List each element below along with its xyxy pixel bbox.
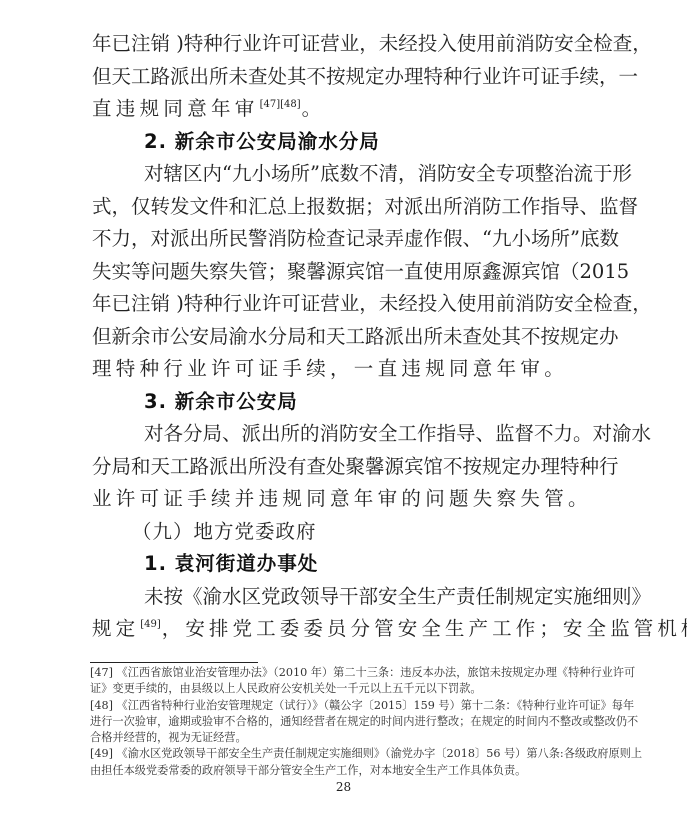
paragraph-text: 规定 (92, 617, 139, 640)
footnote-48-line: 进行一次验审，逾期或验审不合格的，通知经营者在规定的时间内进行整改；在规定的时间… (90, 714, 608, 730)
section-heading: 2. 新余市公安局渝水分局 (92, 126, 608, 159)
paragraph-line: 式，仅转发文件和汇总上报数据；对派出所消防工作指导、监督 (92, 191, 608, 224)
footnote-48-line: [48] 《江西省特种行业治安管理规定（试行）》（赣公字〔2015〕159 号）… (90, 698, 608, 714)
paragraph-line: 分局和天工路派出所没有查处聚馨源宾馆不按规定办理特种行 (92, 451, 608, 484)
paragraph-line: 业许可证手续并违规同意年审的问题失察失管。 (92, 483, 608, 516)
paragraph-line: 失实等问题失察失管；聚馨源宾馆一直使用原鑫源宾馆（2015 (92, 256, 608, 289)
document-page: 年已注销 )特种行业许可证营业，未经投入使用前消防安全检查， 但天工路派出所未查… (0, 0, 687, 826)
footnote-47-line: 证》变更手续的，由县级以上人民政府公安机关处一千元以上五千元以下罚款。 (90, 681, 608, 697)
footnote-separator (90, 662, 258, 663)
body-text: 年已注销 )特种行业许可证营业，未经投入使用前消防安全检查， 但天工路派出所未查… (92, 28, 608, 646)
paragraph-end-punctuation: 。 (302, 97, 326, 120)
section-heading: 3. 新余市公安局 (92, 386, 608, 419)
subsection-heading: 1. 袁河街道办事处 (92, 548, 608, 581)
footnote-48-line: 合格并经营的，视为无证经营。 (90, 730, 608, 746)
paragraph-line: 未按《渝水区党政领导干部安全生产责任制规定实施细则》 (92, 581, 608, 614)
chapter-section-heading: （九）地方党委政府 (92, 516, 608, 549)
paragraph-text: ，安排党工委委员分管安全生产工作；安全监管机构职责 (162, 617, 687, 640)
paragraph-line: 但新余市公安局渝水分局和天工路派出所未查处其不按规定办 (92, 321, 608, 354)
paragraph-line: 年已注销 )特种行业许可证营业，未经投入使用前消防安全检查， (92, 288, 608, 321)
footnote-47-line: [47] 《江西省旅馆业治安管理办法》（2010 年）第二十三条：违反本办法，旅… (90, 665, 608, 681)
footnote-49-line: 由担任本级党委常委的政府领导干部分管安全生产工作，对本地安全生产工作具体负责。 (90, 763, 608, 779)
paragraph-line: 对辖区内“九小场所”底数不清，消防安全专项整治流于形 (92, 158, 608, 191)
paragraph-line: 理特种行业许可证手续，一直违规同意年审。 (92, 353, 608, 386)
paragraph-text: 直违规同意年审 (92, 97, 259, 120)
paragraph-line: 但天工路派出所未查处其不按规定办理特种行业许可证手续，一 (92, 61, 608, 94)
page-number: 28 (0, 780, 687, 794)
footnote-reference[interactable]: [47][48] (260, 99, 301, 110)
footnote-49-line: [49] 《渝水区党政领导干部安全生产责任制规定实施细则》（渝党办字〔2018〕… (90, 746, 608, 762)
paragraph-line: 规定[49]，安排党工委委员分管安全生产工作；安全监管机构职责 (92, 613, 608, 646)
footnote-reference[interactable]: [49] (140, 619, 161, 630)
paragraph-line: 年已注销 )特种行业许可证营业，未经投入使用前消防安全检查， (92, 28, 608, 61)
paragraph-line: 对各分局、派出所的消防安全工作指导、监督不力。对渝水 (92, 418, 608, 451)
paragraph-line: 不力，对派出所民警消防检查记录弄虚作假、“九小场所”底数 (92, 223, 608, 256)
paragraph-line: 直违规同意年审[47][48]。 (92, 93, 608, 126)
footnotes: [47] 《江西省旅馆业治安管理办法》（2010 年）第二十三条：违反本办法，旅… (90, 665, 608, 779)
